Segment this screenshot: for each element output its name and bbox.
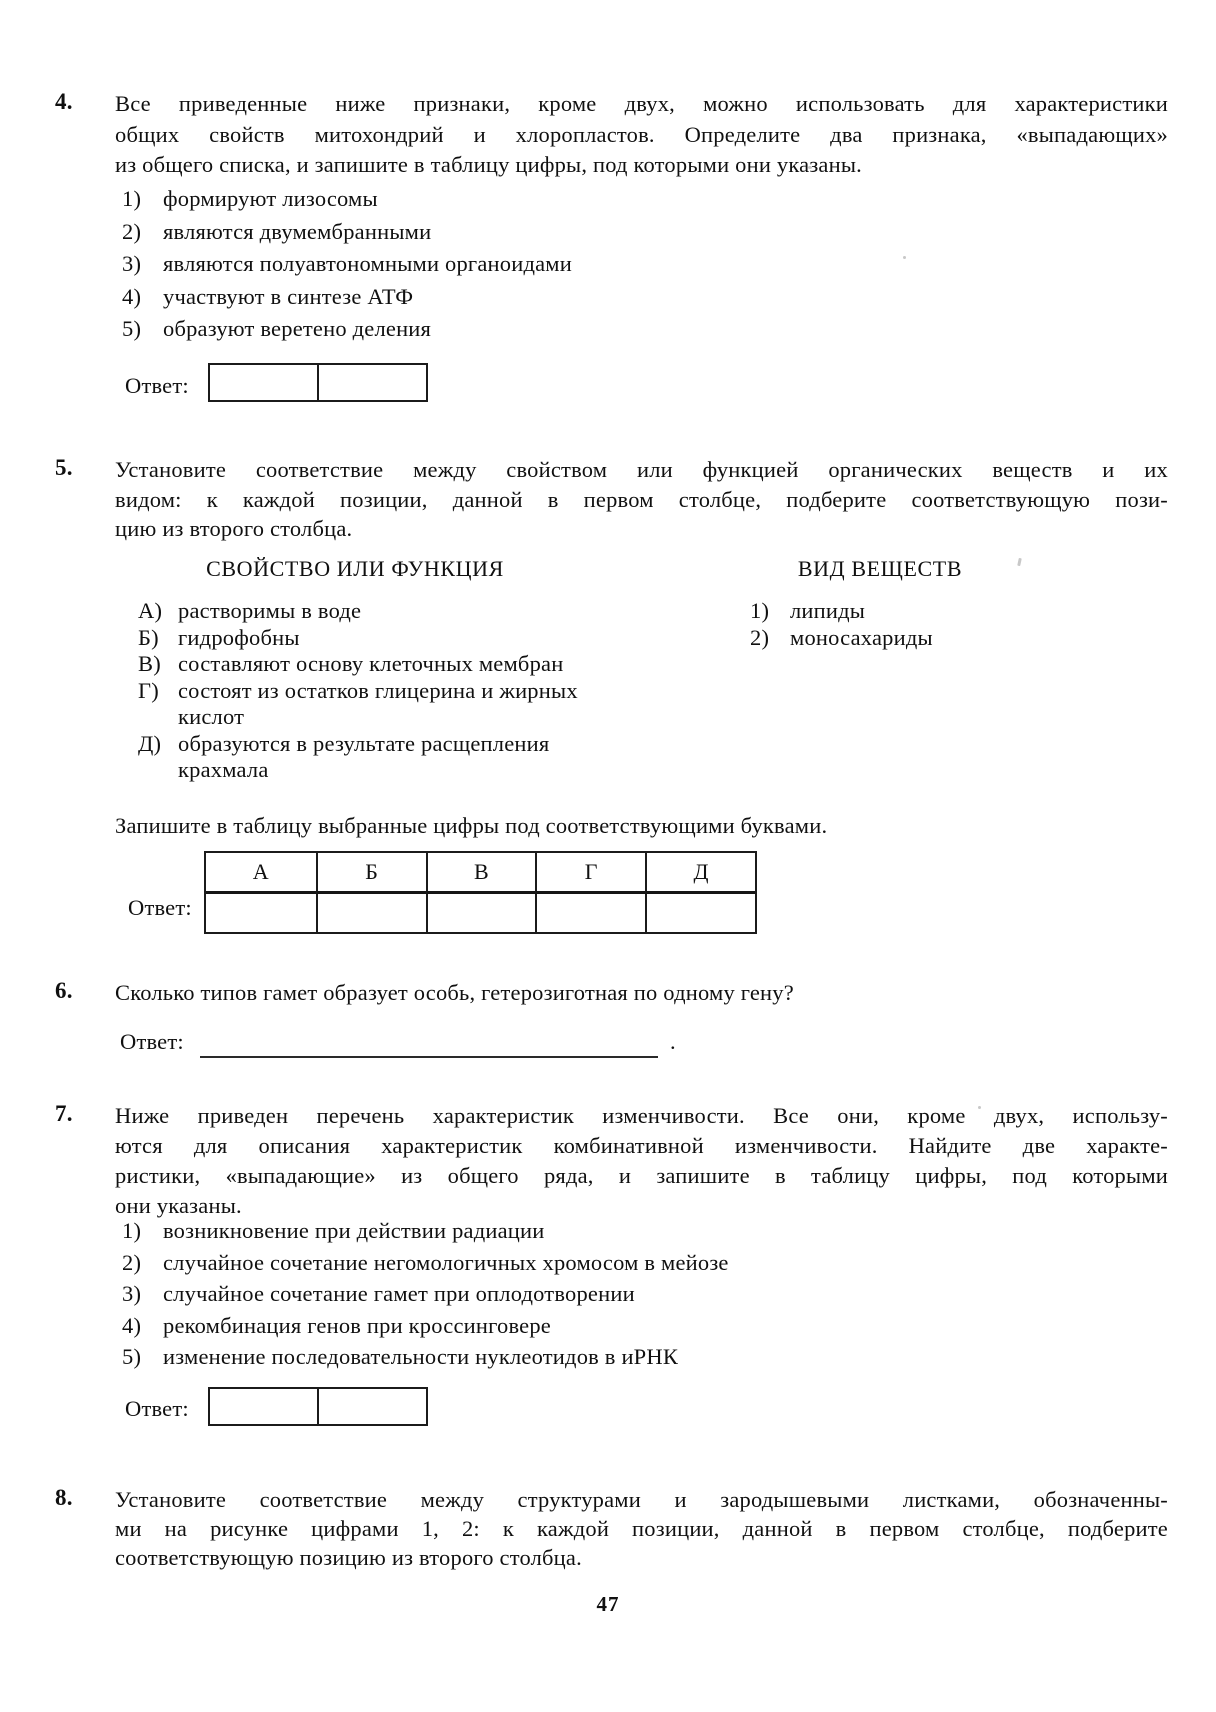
- table-header-cell: Б: [316, 853, 426, 894]
- question-8-line: ми на рисунке цифрами 1, 2: к каждой поз…: [115, 1514, 1168, 1543]
- answer-cell[interactable]: [316, 894, 426, 932]
- question-7-text: Ниже приведен перечень характеристик изм…: [115, 1101, 1168, 1221]
- option-row: 2) случайное сочетание негомологичных хр…: [122, 1250, 1022, 1282]
- match-item-letter: Г): [138, 678, 159, 705]
- question-7-line: ристики, «выпадающие» из общего ряда, и …: [115, 1161, 1168, 1191]
- option-text: случайное сочетание гамет при оплодотвор…: [163, 1281, 635, 1307]
- question-4-options: 1) формируют лизосомы 2) являются двумем…: [122, 186, 1022, 349]
- answer-label: Ответ:: [125, 373, 189, 399]
- match-item-number: 1): [750, 598, 769, 625]
- table-header-cell: В: [426, 853, 536, 894]
- answer-cell[interactable]: [645, 894, 755, 932]
- match-item-text: растворимы в воде: [178, 598, 361, 625]
- match-item-text: крахмала: [178, 757, 269, 784]
- answer-label: Ответ:: [128, 895, 192, 921]
- option-text: образуют веретено деления: [163, 316, 431, 342]
- option-text: случайное сочетание негомологичных хромо…: [163, 1250, 729, 1276]
- match-item-letter: А): [138, 598, 162, 625]
- option-text: формируют лизосомы: [163, 186, 378, 212]
- option-text: являются полуавтономными органоидами: [163, 251, 572, 277]
- table-header-cell: Д: [645, 853, 755, 894]
- answer-label: Ответ:: [120, 1029, 184, 1055]
- question-6-number: 6.: [55, 978, 73, 1004]
- option-row: 1) возникновение при действии радиации: [122, 1218, 1022, 1250]
- question-8-line: Установите соответствие между структурам…: [115, 1485, 1168, 1514]
- table-header-cell: А: [206, 853, 316, 894]
- scan-speck: [1017, 558, 1022, 566]
- match-column1-header: СВОЙСТВО ИЛИ ФУНКЦИЯ: [205, 556, 505, 582]
- question-4-number: 4.: [55, 89, 73, 115]
- match-item-text: гидрофобны: [178, 625, 300, 652]
- option-text: изменение последовательности нуклеотидов…: [163, 1344, 678, 1370]
- answer-cell[interactable]: [210, 365, 317, 400]
- option-text: возникновение при действии радиации: [163, 1218, 545, 1244]
- match-item-letter: Б): [138, 625, 159, 652]
- answer-line[interactable]: [200, 1032, 658, 1058]
- match-item-letter: Д): [138, 731, 161, 758]
- question-7-line: они указаны.: [115, 1191, 1168, 1221]
- option-row: 5) образуют веретено деления: [122, 316, 1022, 349]
- question-4-answer-box: [208, 363, 428, 402]
- option-number: 2): [122, 1250, 141, 1276]
- option-row: 4) рекомбинация генов при кроссинговере: [122, 1313, 1022, 1345]
- scan-speck: [903, 256, 906, 259]
- match-item-text: образуются в результате расщепления: [178, 731, 549, 758]
- question-8-text: Установите соответствие между структурам…: [115, 1485, 1168, 1572]
- option-text: участвуют в синтезе АТФ: [163, 284, 413, 310]
- question-4-text: Все приведенные ниже признаки, кроме дву…: [115, 89, 1168, 181]
- question-7-line: Ниже приведен перечень характеристик изм…: [115, 1101, 1168, 1131]
- question-5-number: 5.: [55, 455, 73, 481]
- option-row: 1) формируют лизосомы: [122, 186, 1022, 219]
- page-number: 47: [0, 1592, 1216, 1617]
- option-row: 3) являются полуавтономными органоидами: [122, 251, 1022, 284]
- answer-period: .: [670, 1029, 676, 1055]
- answer-cell[interactable]: [206, 894, 316, 932]
- match-item-text: состоят из остатков глицерина и жирных: [178, 678, 578, 705]
- question-4-line: Все приведенные ниже признаки, кроме дву…: [115, 89, 1168, 120]
- option-number: 5): [122, 1344, 141, 1370]
- answer-cell[interactable]: [317, 1389, 426, 1424]
- option-number: 5): [122, 316, 141, 342]
- option-number: 1): [122, 1218, 141, 1244]
- question-8-line: соответствующую позицию из второго столб…: [115, 1543, 1168, 1572]
- option-row: 2) являются двумембранными: [122, 219, 1022, 252]
- answer-label: Ответ:: [125, 1396, 189, 1422]
- answer-cell[interactable]: [210, 1389, 317, 1424]
- option-text: являются двумембранными: [163, 219, 431, 245]
- table-header-cell: Г: [535, 853, 645, 894]
- option-number: 1): [122, 186, 141, 212]
- question-7-number: 7.: [55, 1101, 73, 1127]
- match-item-letter: В): [138, 651, 161, 678]
- match-item-number: 2): [750, 625, 769, 652]
- match-item-text: моносахариды: [790, 625, 933, 652]
- question-8-number: 8.: [55, 1485, 73, 1511]
- option-row: 4) участвуют в синтезе АТФ: [122, 284, 1022, 317]
- question-5-text: Установите соответствие между свойством …: [115, 455, 1168, 544]
- scan-speck: [808, 166, 812, 169]
- question-4-line: общих свойств митохондрий и хлоропластов…: [115, 120, 1168, 151]
- question-4-line: из общего списка, и запишите в таблицу ц…: [115, 150, 1168, 181]
- option-number: 4): [122, 1313, 141, 1339]
- match-item-text: составляют основу клеточных мембран: [178, 651, 563, 678]
- option-number: 3): [122, 251, 141, 277]
- match-item-text: липиды: [790, 598, 865, 625]
- question-7-answer-box: [208, 1387, 428, 1426]
- question-5-line: цию из второго столбца.: [115, 514, 1168, 544]
- option-number: 3): [122, 1281, 141, 1307]
- match-item-text: кислот: [178, 704, 244, 731]
- scan-speck: [978, 1106, 981, 1109]
- question-5-answer-table: А Б В Г Д: [204, 851, 757, 934]
- question-5-line: Установите соответствие между свойством …: [115, 455, 1168, 485]
- match-column2-header: ВИД ВЕЩЕСТВ: [770, 556, 990, 582]
- question-7-options: 1) возникновение при действии радиации 2…: [122, 1218, 1022, 1376]
- answer-cell[interactable]: [317, 365, 426, 400]
- option-row: 5) изменение последовательности нуклеоти…: [122, 1344, 1022, 1376]
- option-number: 4): [122, 284, 141, 310]
- question-5-line: видом: к каждой позиции, данной в первом…: [115, 485, 1168, 515]
- question-7-line: ются для описания характеристик комбинат…: [115, 1131, 1168, 1161]
- table-instruction: Запишите в таблицу выбранные цифры под с…: [115, 811, 1168, 842]
- scanned-test-page: 4. Все приведенные ниже признаки, кроме …: [0, 0, 1216, 1712]
- option-number: 2): [122, 219, 141, 245]
- answer-cell[interactable]: [426, 894, 536, 932]
- question-6-text: Сколько типов гамет образует особь, гете…: [115, 978, 1168, 1009]
- option-row: 3) случайное сочетание гамет при оплодот…: [122, 1281, 1022, 1313]
- answer-cell[interactable]: [535, 894, 645, 932]
- option-text: рекомбинация генов при кроссинговере: [163, 1313, 551, 1339]
